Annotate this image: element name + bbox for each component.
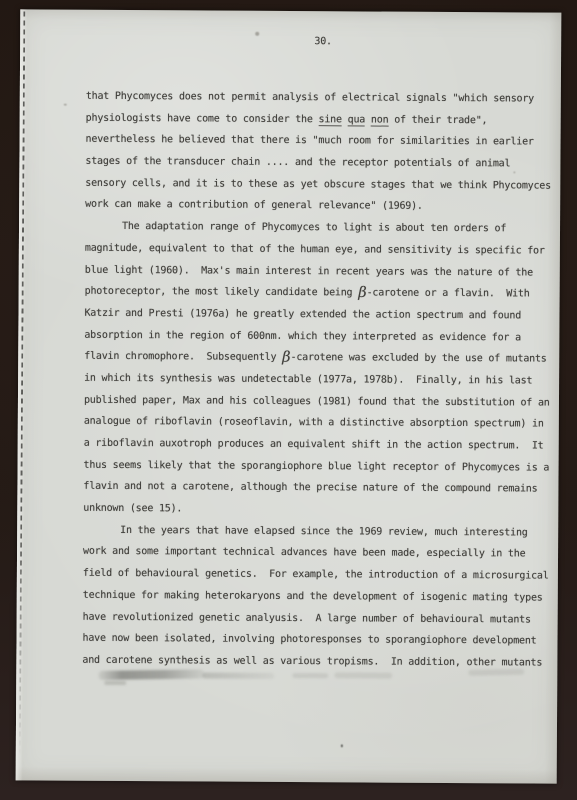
text-line: Katzir and Presti (1976a) he greatly ext…	[84, 303, 560, 328]
page-number: 30.	[86, 35, 560, 49]
text-line: magnitude, equivalent to that of the hum…	[85, 238, 561, 263]
text-line: In the years that have elapsed since the…	[83, 519, 559, 544]
text-line: that Phycomyces does not permit analysis…	[86, 86, 562, 111]
underlined-term: non	[371, 114, 389, 127]
underlined-term: qua	[348, 114, 366, 127]
page-body: that Phycomyces does not permit analysis…	[82, 86, 561, 674]
scan-speck	[513, 171, 515, 173]
text-line: a riboflavin auxotroph produces an equiv…	[84, 433, 560, 458]
erased-text-smudge	[292, 673, 328, 678]
text-line: photoreceptor, the most likely candidate…	[85, 281, 561, 306]
scan-speck	[341, 744, 343, 747]
scan-speck	[64, 104, 67, 106]
text-line: absorption in the region of 600nm. which…	[84, 324, 560, 349]
erased-text-smudge	[98, 669, 204, 680]
text-line: flavin and not a carotene, although the …	[83, 476, 559, 501]
text-line: unknown (see 15).	[83, 498, 559, 523]
photo-backdrop: 30. that Phycomyces does not permit anal…	[0, 0, 577, 800]
underlined-term: sine	[318, 114, 341, 127]
text-line: published paper, Max and his colleagues …	[84, 389, 560, 414]
text-line: work can make a contribution of general …	[85, 194, 561, 219]
text-line: flavin chromophore. Subsequently β-carot…	[84, 346, 560, 371]
text-line: sensory cells, and it is to these as yet…	[85, 173, 561, 198]
text-line: work and some important technical advanc…	[83, 541, 559, 566]
document-page: 30. that Phycomyces does not permit anal…	[16, 9, 562, 783]
scan-speck	[255, 32, 259, 36]
erased-text-smudge	[202, 672, 274, 678]
text-line: technique for making heterokaryons and t…	[83, 585, 559, 610]
text-line: thus seems likely that the sporangiophor…	[84, 454, 560, 479]
binding-mark-line	[19, 11, 26, 756]
text-line: have revolutionized genetic analyusis. A…	[83, 606, 559, 631]
text-line: have now been isolated, involving photor…	[82, 628, 558, 653]
text-line: field of behavioural genetics. For examp…	[83, 563, 559, 588]
erased-text-smudge	[104, 681, 126, 685]
text-line: analogue of riboflavin (roseoflavin, wit…	[84, 411, 560, 436]
text-line: blue light (1960). Max's main interest i…	[85, 259, 561, 284]
text-line: physiologists have come to consider the …	[86, 107, 562, 132]
text-line: nevertheless he believed that there is "…	[85, 129, 561, 154]
erased-text-smudge	[334, 672, 392, 678]
text-line: The adaptation range of Phycomyces to li…	[85, 216, 561, 241]
text-line: in which its synthesis was undetectable …	[84, 368, 560, 393]
erased-text-smudge	[468, 669, 524, 676]
text-line: stages of the transducer chain .... and …	[85, 151, 561, 176]
